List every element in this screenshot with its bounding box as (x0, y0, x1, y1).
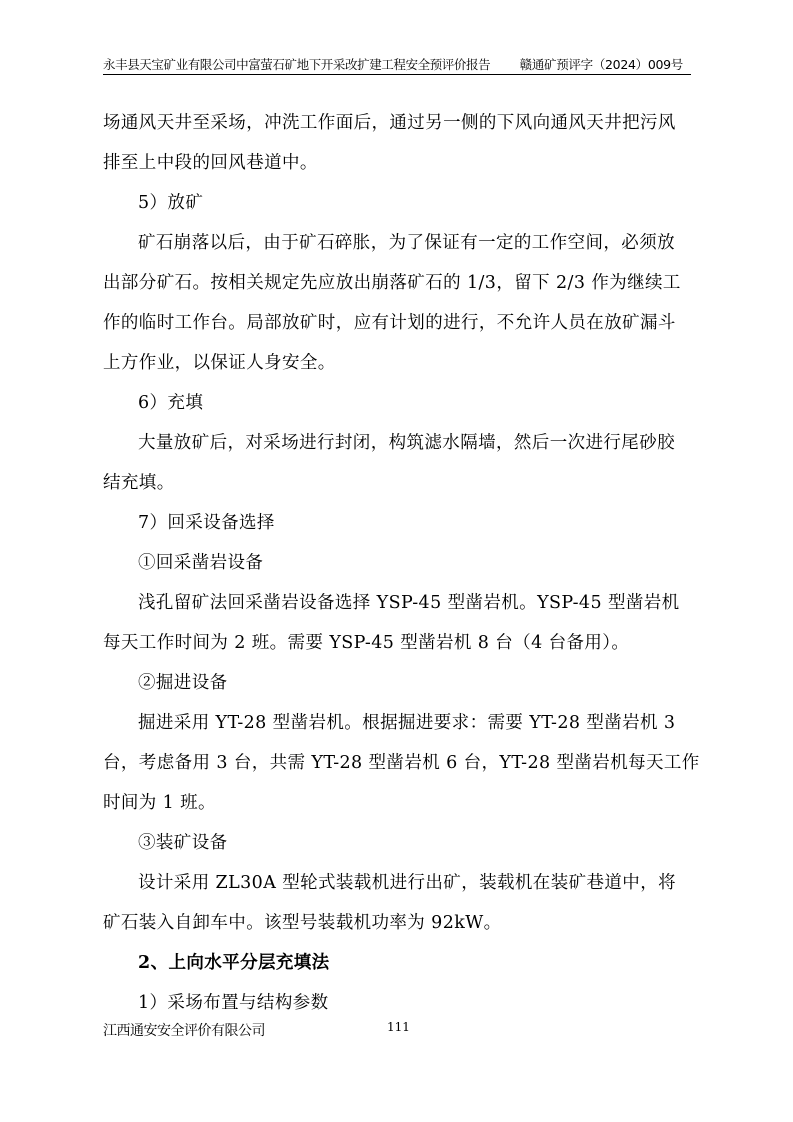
body-line: 排至上中段的回风巷道中。 (103, 145, 693, 185)
body-line: 浅孔留矿法回采凿岩设备选择 YSP-45 型凿岩机。YSP-45 型凿岩机 (103, 585, 693, 625)
section-heading-fangkuang: 5）放矿 (103, 185, 693, 225)
report-title: 永丰县天宝矿业有限公司中富萤石矿地下开采改扩建工程安全预评价报告 (103, 57, 490, 73)
body-line: 掘进采用 YT-28 型凿岩机。根据掘进要求：需要 YT-28 型凿岩机 3 (103, 705, 693, 745)
subsection-heading-loading: ③装矿设备 (103, 825, 693, 865)
body-line: 设计采用 ZL30A 型轮式装载机进行出矿，装载机在装矿巷道中，将 (103, 865, 693, 905)
section-heading-chongtian: 6）充填 (103, 385, 693, 425)
body-line: 矿石崩落以后，由于矿石碎胀，为了保证有一定的工作空间，必须放 (103, 225, 693, 265)
footer-company: 江西通安安全评价有限公司 (103, 1020, 265, 1040)
page-footer: 江西通安安全评价有限公司 111 (103, 1020, 691, 1042)
subsection-heading-drilling: ①回采凿岩设备 (103, 545, 693, 585)
page-number: 111 (387, 1020, 410, 1034)
section-heading-method-2: 2、上向水平分层充填法 (103, 945, 693, 985)
body-line: 结充填。 (103, 465, 693, 505)
subsection-heading-tunneling: ②掘进设备 (103, 665, 693, 705)
section-heading-stope-layout: 1）采场布置与结构参数 (103, 985, 693, 1025)
body-line: 每天工作时间为 2 班。需要 YSP-45 型凿岩机 8 台（4 台备用）。 (103, 625, 693, 665)
body-line: 作的临时工作台。局部放矿时，应有计划的进行，不允许人员在放矿漏斗 (103, 305, 693, 345)
page-header: 永丰县天宝矿业有限公司中富萤石矿地下开采改扩建工程安全预评价报告 赣通矿预评字（… (103, 57, 691, 75)
page-body: 场通风天井至采场，冲洗工作面后，通过另一侧的下风向通风天井把污风 排至上中段的回… (103, 105, 693, 1025)
body-line: 场通风天井至采场，冲洗工作面后，通过另一侧的下风向通风天井把污风 (103, 105, 693, 145)
body-line: 矿石装入自卸车中。该型号装载机功率为 92kW。 (103, 905, 693, 945)
body-line: 大量放矿后，对采场进行封闭，构筑滤水隔墙，然后一次进行尾砂胶 (103, 425, 693, 465)
document-number: 赣通矿预评字（2024）009号 (520, 57, 683, 73)
body-line: 时间为 1 班。 (103, 785, 693, 825)
body-line: 上方作业，以保证人身安全。 (103, 345, 693, 385)
body-line: 出部分矿石。按相关规定先应放出崩落矿石的 1/3，留下 2/3 作为继续工 (103, 265, 693, 305)
body-line: 台，考虑备用 3 台，共需 YT-28 型凿岩机 6 台，YT-28 型凿岩机每… (103, 745, 693, 785)
section-heading-equipment: 7）回采设备选择 (103, 505, 693, 545)
